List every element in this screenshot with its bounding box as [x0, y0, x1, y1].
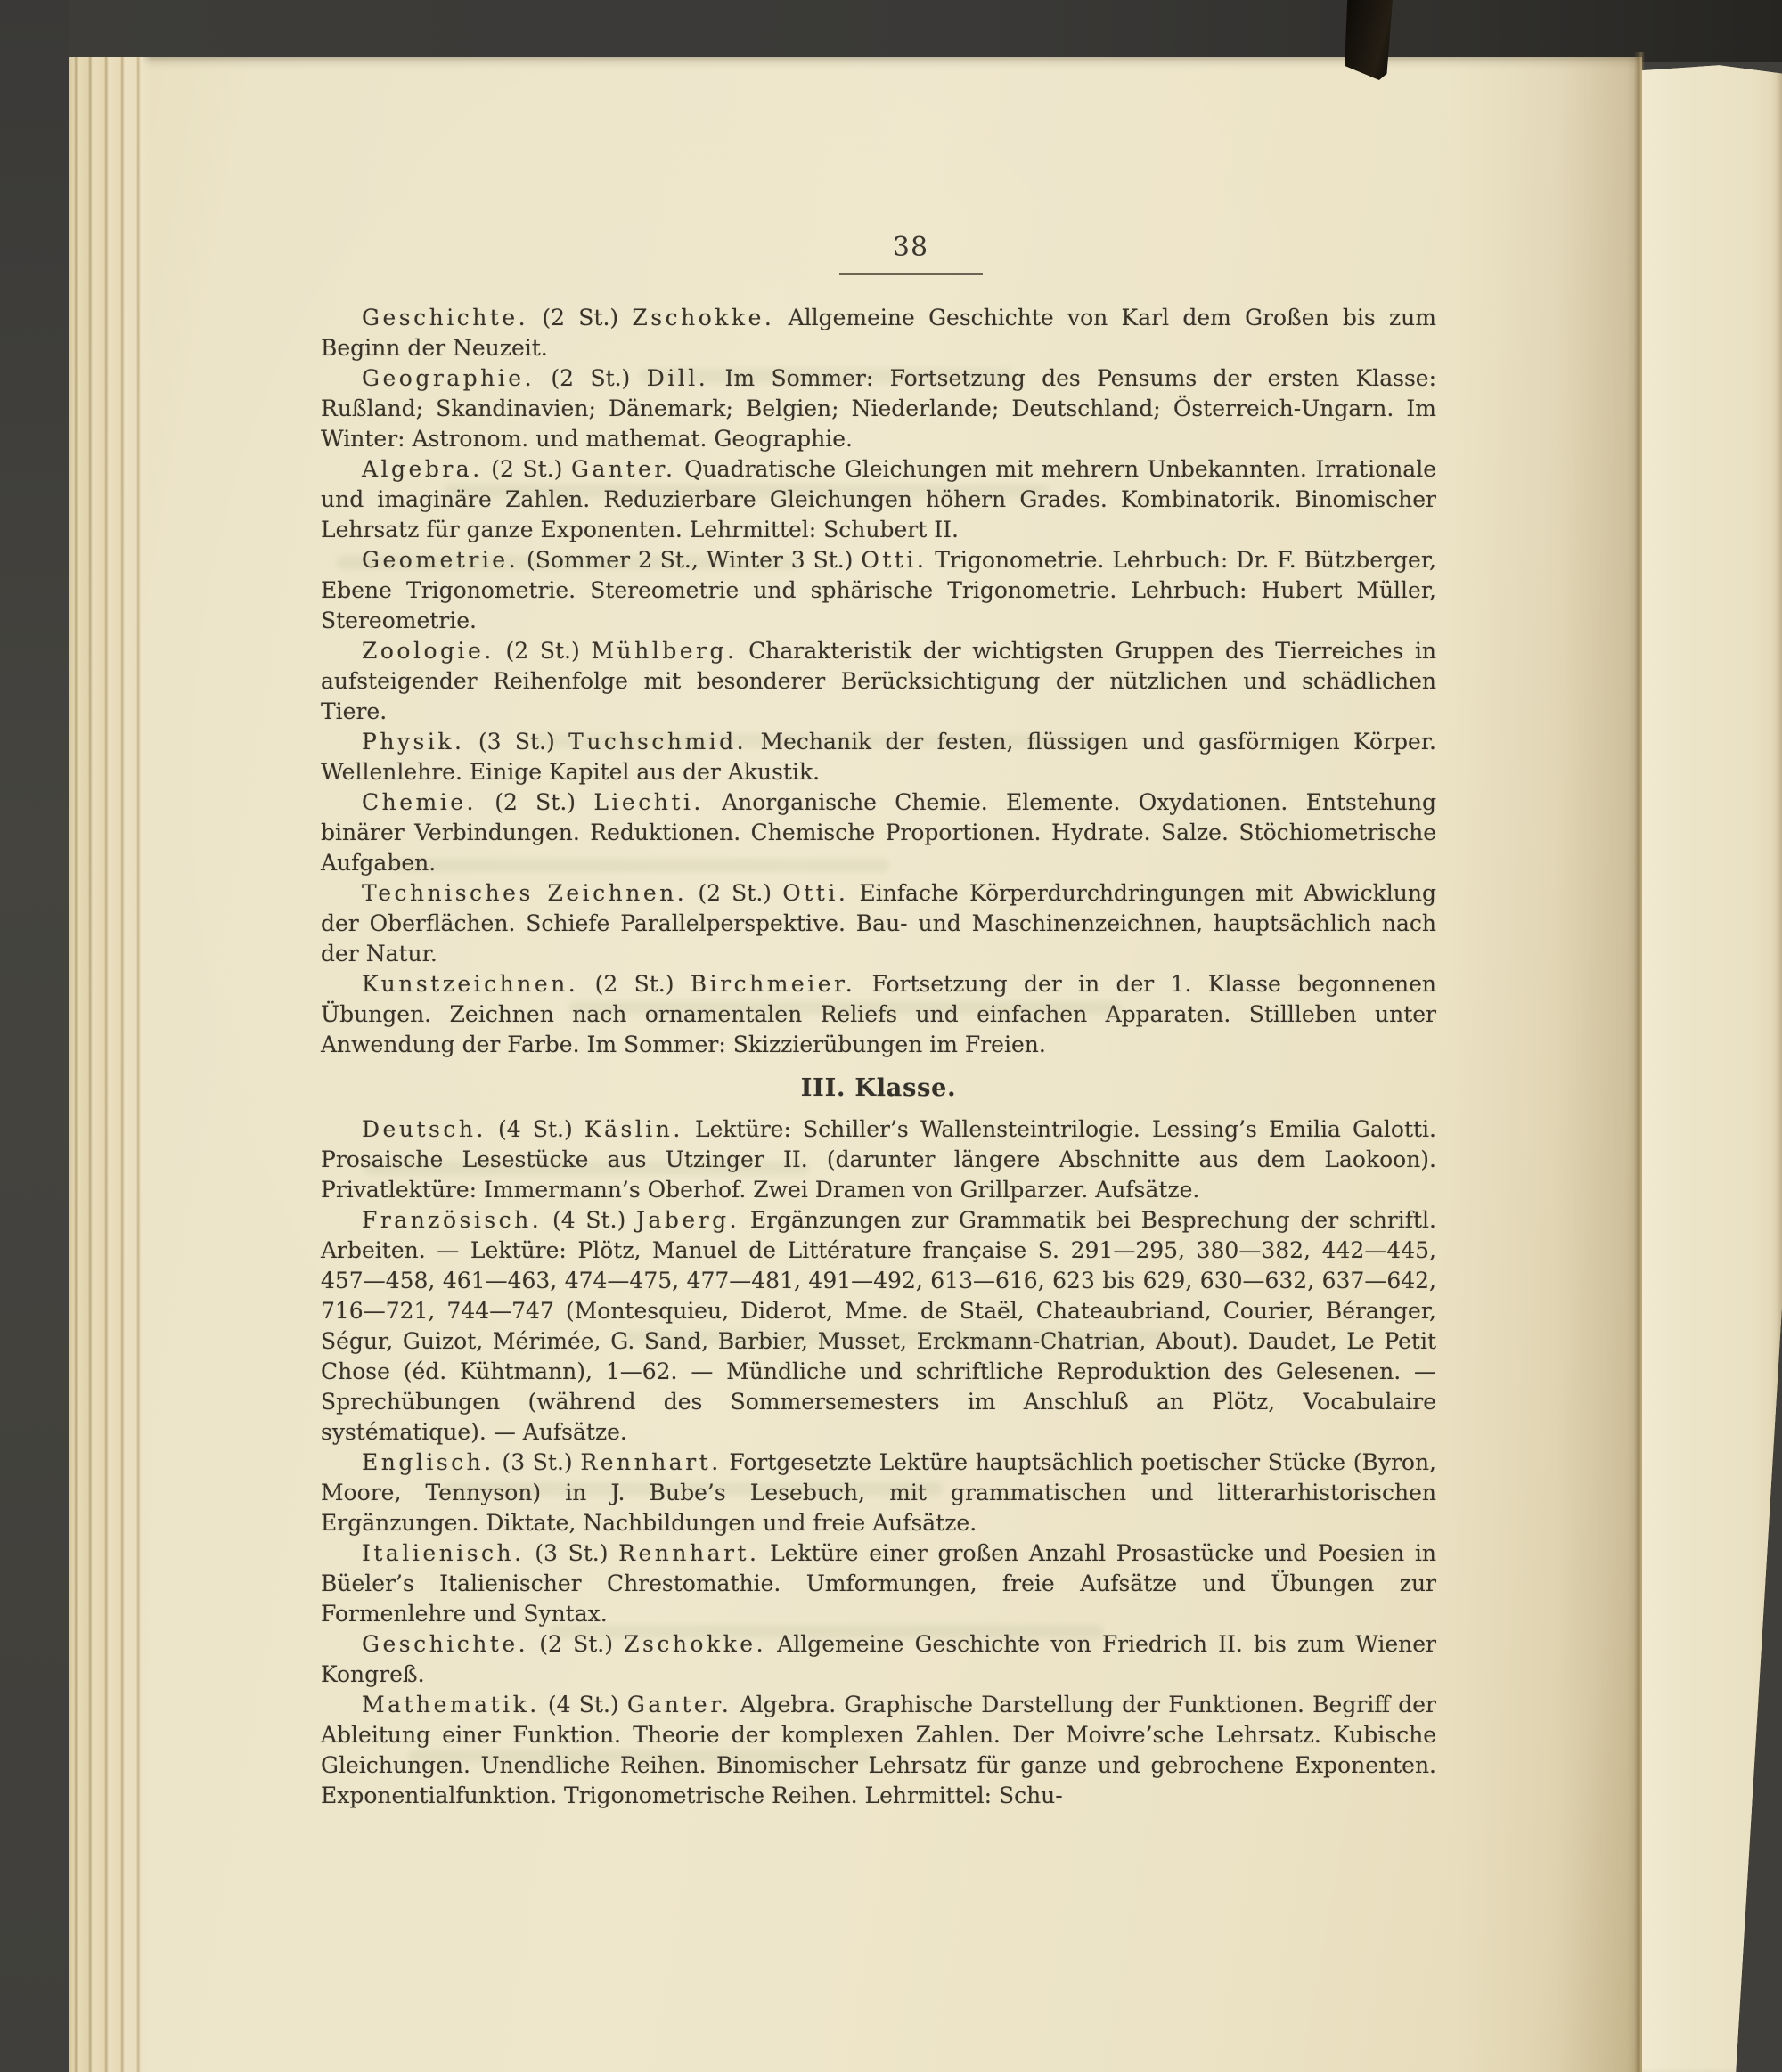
- subject-or-teacher-name: Jaberg.: [636, 1207, 740, 1233]
- paragraph-text: (3 St.): [495, 1449, 581, 1475]
- subject-or-teacher-name: Otti.: [782, 880, 848, 906]
- section-heading: III. Klasse.: [321, 1073, 1436, 1104]
- subject-or-teacher-name: Rennhart.: [580, 1449, 721, 1475]
- paragraph-text: Ergänzungen zur Grammatik bei Besprechun…: [321, 1207, 1436, 1445]
- page-number: 38: [857, 232, 964, 263]
- paragraph: Algebra. (2 St.) Ganter. Quadratische Gl…: [321, 454, 1436, 545]
- paragraph-text: (4 St.): [486, 1116, 584, 1142]
- paragraph: Kunstzeichnen. (2 St.) Birchmeier. Forts…: [321, 969, 1436, 1060]
- paragraph-text: (2 St.): [477, 789, 593, 815]
- paragraphs-after-heading: Deutsch. (4 St.) Käslin. Lektüre: Schill…: [321, 1114, 1436, 1811]
- paragraph-text: (2 St.): [535, 365, 647, 391]
- paragraph-text: (Sommer 2 St., Winter 3 St.): [519, 547, 861, 573]
- paragraph: Physik. (3 St.) Tuchschmid. Mechanik der…: [321, 727, 1436, 787]
- paragraph: Italienisch. (3 St.) Rennhart. Lektüre e…: [321, 1538, 1436, 1629]
- subject-or-teacher-name: Französisch.: [362, 1207, 542, 1233]
- subject-or-teacher-name: Ganter.: [627, 1692, 732, 1717]
- paragraph: Geschichte. (2 St.) Zschokke. Allgemeine…: [321, 303, 1436, 363]
- book-page-right: [1642, 0, 1782, 2072]
- paragraph: Englisch. (3 St.) Rennhart. Fortgesetzte…: [321, 1448, 1436, 1538]
- paragraph-text: (3 St.): [464, 729, 568, 755]
- paragraph-text: (4 St.): [540, 1692, 627, 1717]
- subject-or-teacher-name: Otti.: [861, 547, 927, 573]
- subject-or-teacher-name: Tuchschmid.: [568, 729, 747, 755]
- subject-or-teacher-name: Chemie.: [362, 789, 477, 815]
- subject-or-teacher-name: Mathematik.: [362, 1692, 540, 1717]
- paragraph-text: (2 St.): [528, 305, 632, 330]
- paragraph-text: (2 St.): [578, 971, 691, 997]
- paragraph: Geschichte. (2 St.) Zschokke. Allgemeine…: [321, 1629, 1436, 1690]
- paragraph-text: (4 St.): [542, 1207, 636, 1233]
- paragraph: Chemie. (2 St.) Liechti. Anorganische Ch…: [321, 787, 1436, 878]
- paragraphs-before-heading: Geschichte. (2 St.) Zschokke. Allgemeine…: [321, 303, 1436, 1060]
- subject-or-teacher-name: Mühlberg.: [591, 638, 737, 664]
- paragraph-text: (2 St.): [687, 880, 782, 906]
- paragraph: Technisches Zeichnen. (2 St.) Otti. Einf…: [321, 878, 1436, 969]
- page-number-rule: [839, 273, 983, 275]
- paragraph-text: (2 St.): [495, 638, 592, 664]
- subject-or-teacher-name: Käslin.: [584, 1116, 683, 1142]
- paragraph-text: (2 St.): [483, 456, 571, 482]
- paragraph: Zoologie. (2 St.) Mühlberg. Charakterist…: [321, 636, 1436, 727]
- book-page-left: 38 Geschichte. (2 St.) Zschokke. Allgeme…: [69, 57, 1642, 2072]
- subject-or-teacher-name: Rennhart.: [618, 1540, 759, 1566]
- subject-or-teacher-name: Kunstzeichnen.: [362, 971, 578, 997]
- subject-or-teacher-name: Ganter.: [571, 456, 675, 482]
- subject-or-teacher-name: Zschokke.: [624, 1631, 766, 1657]
- subject-or-teacher-name: Algebra.: [362, 456, 483, 482]
- paragraph: Mathematik. (4 St.) Ganter. Algebra. Gra…: [321, 1690, 1436, 1811]
- paragraph: Deutsch. (4 St.) Käslin. Lektüre: Schill…: [321, 1114, 1436, 1205]
- paragraph: Geometrie. (Sommer 2 St., Winter 3 St.) …: [321, 545, 1436, 636]
- subject-or-teacher-name: Liechti.: [593, 789, 703, 815]
- subject-or-teacher-name: Zschokke.: [632, 305, 774, 330]
- subject-or-teacher-name: Englisch.: [362, 1449, 495, 1475]
- paragraph-text: (2 St.): [528, 1631, 624, 1657]
- paragraph: Geographie. (2 St.) Dill. Im Sommer: For…: [321, 363, 1436, 454]
- subject-or-teacher-name: Geographie.: [362, 365, 535, 391]
- subject-or-teacher-name: Geschichte.: [362, 305, 528, 330]
- paragraph-text: (3 St.): [525, 1540, 619, 1566]
- page-text: Geschichte. (2 St.) Zschokke. Allgemeine…: [321, 303, 1436, 1811]
- subject-or-teacher-name: Birchmeier.: [691, 971, 855, 997]
- subject-or-teacher-name: Zoologie.: [362, 638, 495, 664]
- book-scan: 38 Geschichte. (2 St.) Zschokke. Allgeme…: [0, 0, 1782, 2072]
- subject-or-teacher-name: Technisches Zeichnen.: [362, 880, 687, 906]
- subject-or-teacher-name: Physik.: [362, 729, 464, 755]
- subject-or-teacher-name: Geometrie.: [362, 547, 519, 573]
- bookmark-ribbon: [1345, 0, 1393, 80]
- subject-or-teacher-name: Geschichte.: [362, 1631, 528, 1657]
- subject-or-teacher-name: Dill.: [647, 365, 708, 391]
- paragraph: Französisch. (4 St.) Jaberg. Ergänzungen…: [321, 1205, 1436, 1448]
- subject-or-teacher-name: Italienisch.: [362, 1540, 525, 1566]
- subject-or-teacher-name: Deutsch.: [362, 1116, 486, 1142]
- gutter-shadow: [1451, 57, 1642, 2072]
